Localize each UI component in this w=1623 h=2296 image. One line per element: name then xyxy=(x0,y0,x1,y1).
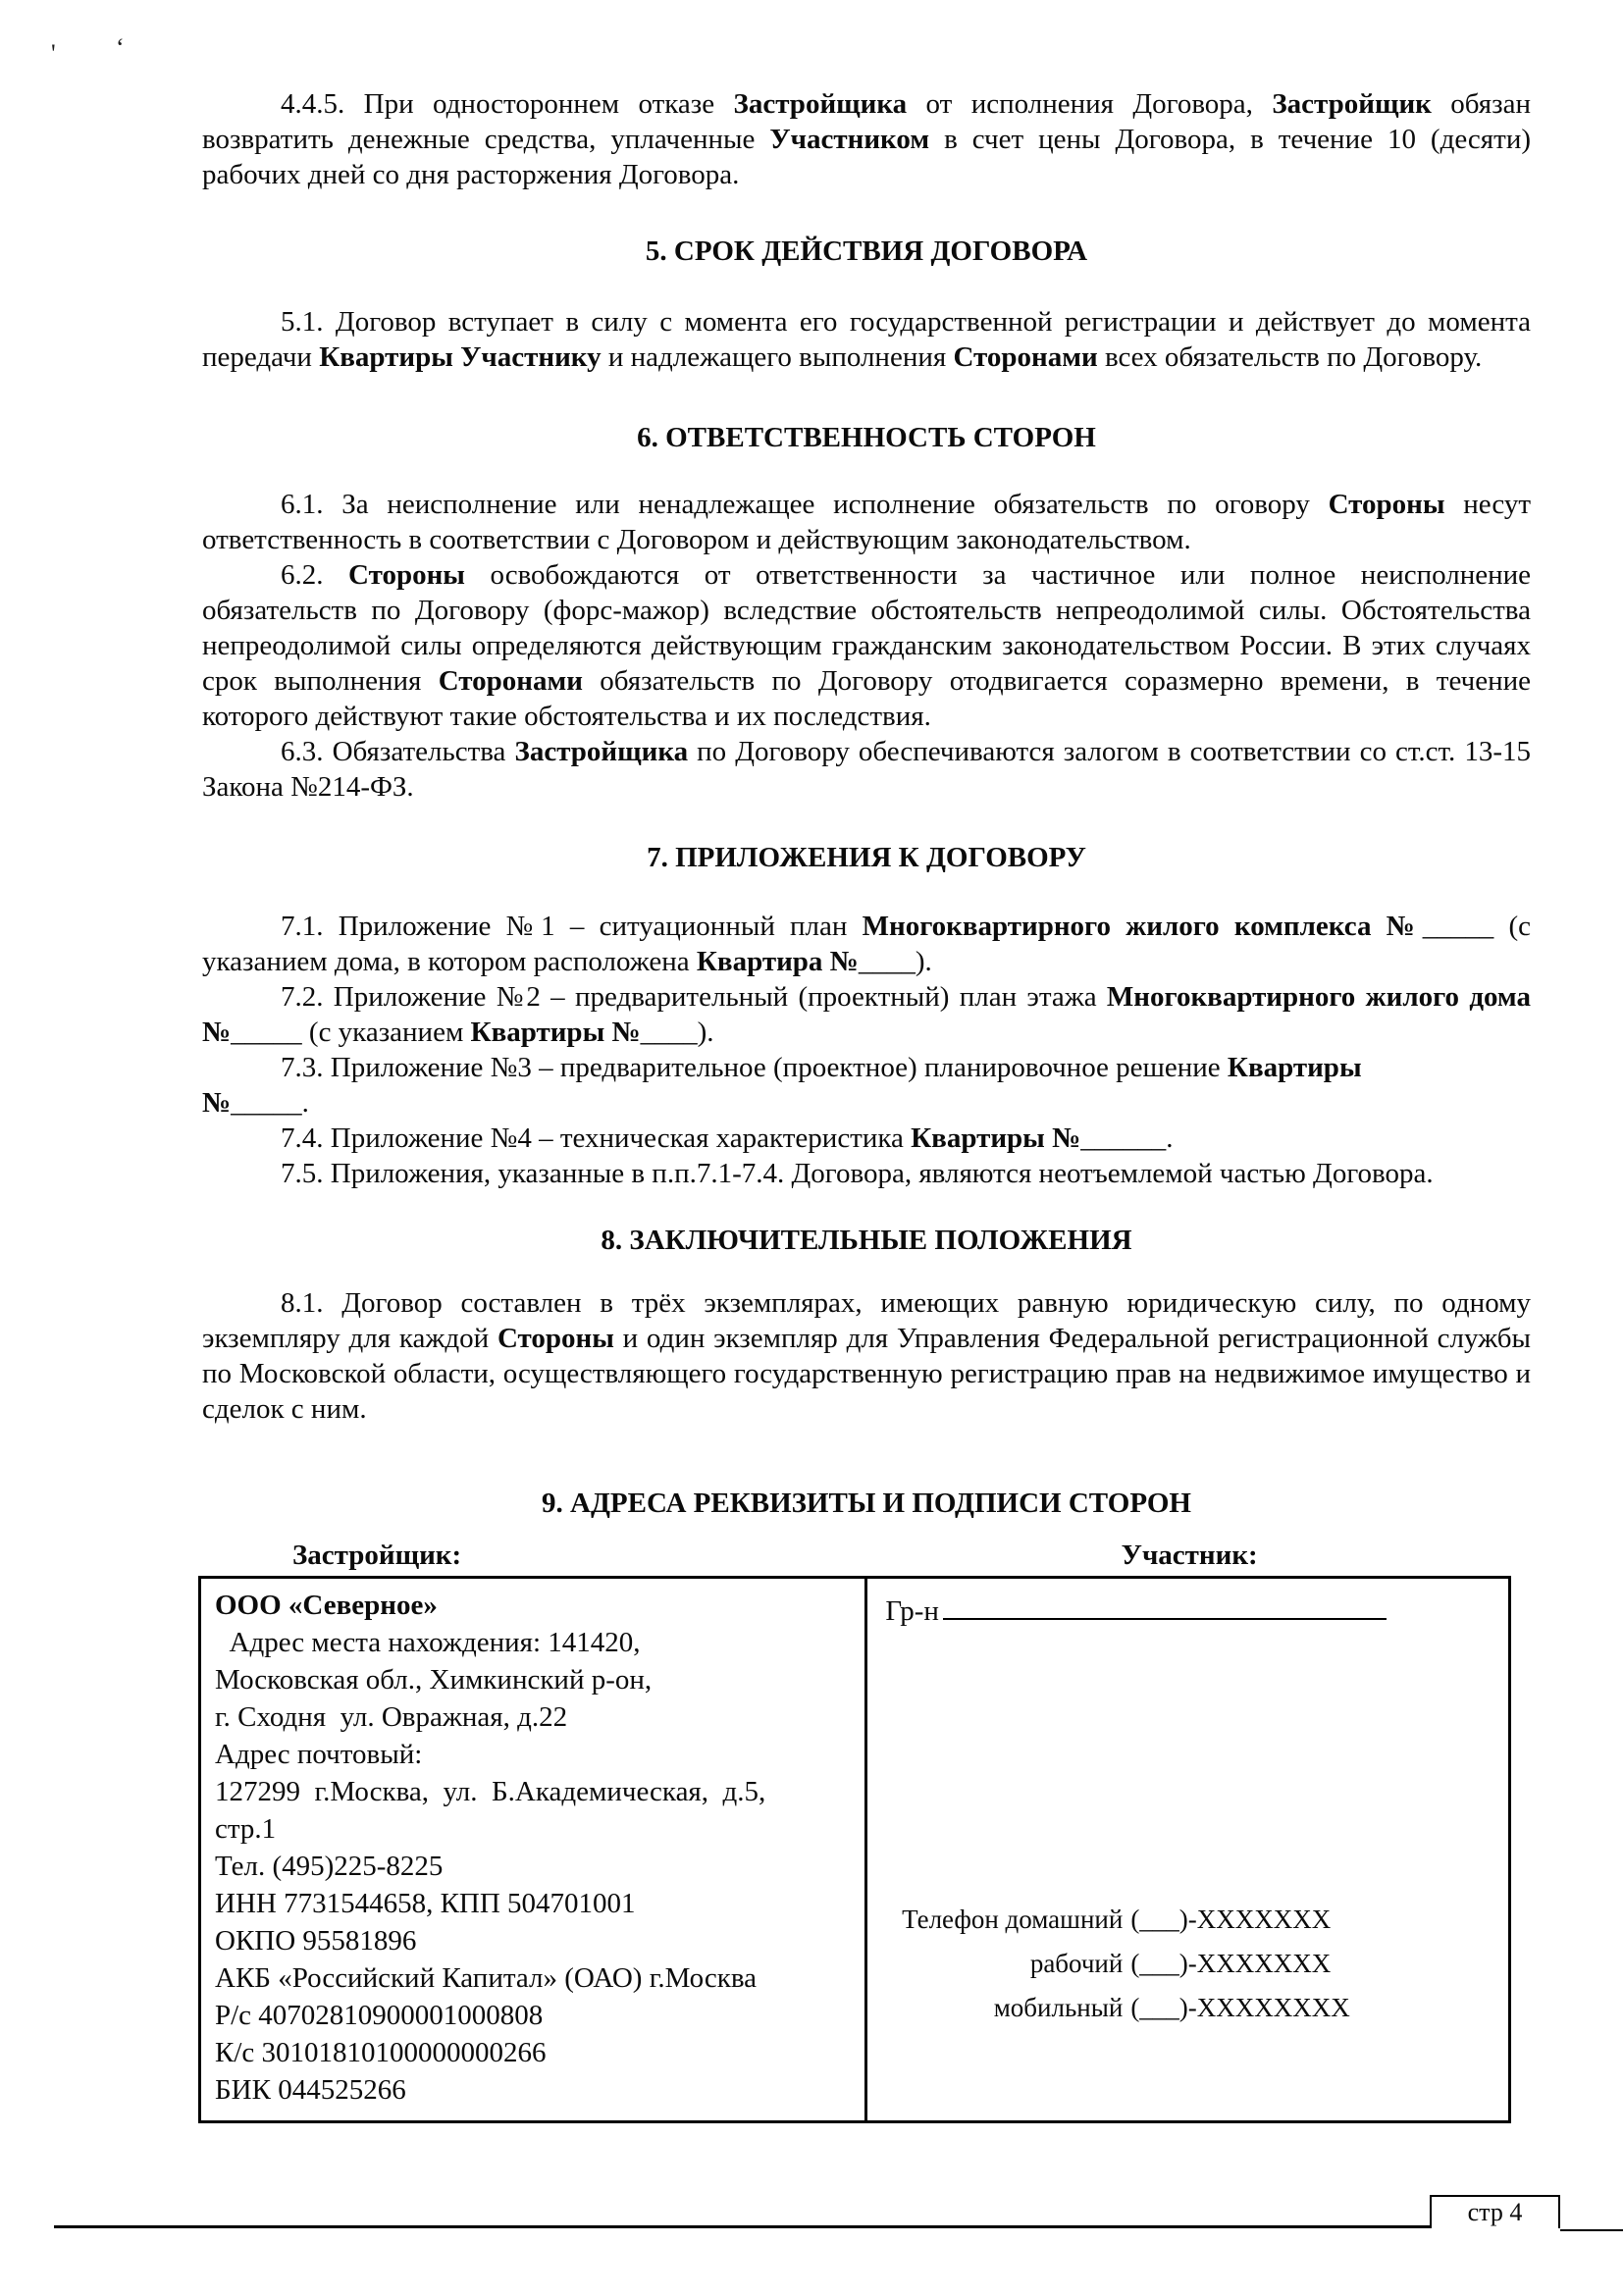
phone-label: мобильный xyxy=(885,1986,1123,2030)
participant-name-blank xyxy=(943,1587,1387,1620)
paragraph-7-5: 7.5. Приложения, указанные в п.п.7.1-7.4… xyxy=(202,1156,1531,1191)
paragraph-7-1: 7.1. Приложение №1 – ситуационный план М… xyxy=(202,909,1531,979)
paragraph-7-4: 7.4. Приложение №4 – техническая характе… xyxy=(202,1121,1531,1156)
detail-line: ООО «Северное» xyxy=(215,1587,855,1624)
paragraph-8-1: 8.1. Договор составлен в трёх экземпляра… xyxy=(202,1285,1531,1427)
paragraph-6-3: 6.3. Обязательства Застройщика по Догово… xyxy=(202,734,1531,805)
document-body: 4.4.5. При одностороннем отказе Застройщ… xyxy=(202,86,1531,2123)
detail-line: Тел. (495)225-8225 xyxy=(215,1848,855,1885)
heading-section-5: 5. СРОК ДЕЙСТВИЯ ДОГОВОРА xyxy=(202,234,1531,269)
participant-header: Участник: xyxy=(867,1539,1511,1572)
document-blocks: 4.4.5. При одностороннем отказе Застройщ… xyxy=(202,86,1531,1521)
parties-header-row: Застройщик: Участник: xyxy=(198,1539,1511,1572)
paragraph-7-2: 7.2. Приложение №2 – предварительный (пр… xyxy=(202,979,1531,1050)
phone-value: (___)-XXXXXXX xyxy=(1130,1949,1331,1978)
heading-section-7: 7. ПРИЛОЖЕНИЯ К ДОГОВОРУ xyxy=(202,840,1531,875)
heading-section-8: 8. ЗАКЛЮЧИТЕЛЬНЫЕ ПОЛОЖЕНИЯ xyxy=(202,1223,1531,1258)
paragraph-6-1: 6.1. За неисполнение или ненадлежащее ис… xyxy=(202,487,1531,557)
detail-line: АКБ «Российский Капитал» (ОАО) г.Москва xyxy=(215,1959,855,1997)
detail-line: стр.1 xyxy=(215,1810,855,1848)
participant-phones: Телефон домашний(___)-XXXXXXXрабочий(___… xyxy=(885,1898,1498,2030)
paragraph-4-4-5: 4.4.5. При одностороннем отказе Застройщ… xyxy=(202,86,1531,192)
participant-cell: Гр-н Телефон домашний(___)-XXXXXXXрабочи… xyxy=(867,1579,1508,2120)
detail-line: 127299 г.Москва, ул. Б.Академическая, д.… xyxy=(215,1773,855,1810)
paragraph-7-3: 7.3. Приложение №3 – предварительное (пр… xyxy=(202,1050,1531,1121)
participant-name-prefix: Гр-н xyxy=(885,1595,939,1627)
detail-line: ИНН 7731544658, КПП 504701001 xyxy=(215,1885,855,1922)
phone-value: (___)-XXXXXXXX xyxy=(1130,1993,1349,2022)
paragraph-6-2: 6.2. Стороны освобождаются от ответствен… xyxy=(202,557,1531,734)
participant-name-line: Гр-н xyxy=(885,1587,1498,1631)
parties-table: ООО «Северное» Адрес места нахождения: 1… xyxy=(198,1576,1511,2123)
developer-header: Застройщик: xyxy=(198,1539,867,1572)
heading-section-9: 9. АДРЕСА РЕКВИЗИТЫ И ПОДПИСИ СТОРОН xyxy=(202,1486,1531,1521)
phone-label: рабочий xyxy=(885,1942,1123,1986)
detail-line: БИК 044525266 xyxy=(215,2071,855,2109)
detail-line: Адрес почтовый: xyxy=(215,1736,855,1773)
phone-line: рабочий(___)-XXXXXXX xyxy=(885,1942,1498,1986)
detail-line: Московская обл., Химкинский р-он, xyxy=(215,1661,855,1698)
detail-line: К/с 30101810100000000266 xyxy=(215,2034,855,2071)
detail-line: Адрес места нахождения: 141420, xyxy=(215,1624,855,1661)
phone-line: мобильный(___)-XXXXXXXX xyxy=(885,1986,1498,2030)
phone-label: Телефон домашний xyxy=(885,1898,1123,1942)
scan-artifact-mark: ‘ xyxy=(116,33,125,63)
heading-section-6: 6. ОТВЕТСТВЕННОСТЬ СТОРОН xyxy=(202,420,1531,455)
phone-value: (___)-XXXXXXX xyxy=(1130,1905,1331,1934)
detail-line: г. Сходня ул. Овражная, д.22 xyxy=(215,1698,855,1736)
page-number-label: стр 4 xyxy=(1468,2198,1523,2226)
detail-line: ОКПО 95581896 xyxy=(215,1922,855,1959)
detail-line: Р/с 40702810900001000808 xyxy=(215,1997,855,2034)
paragraph-5-1: 5.1. Договор вступает в силу с момента е… xyxy=(202,304,1531,375)
footer-rule-right xyxy=(1560,2229,1623,2231)
contract-page: ' ‘ 4.4.5. При одностороннем отказе Заст… xyxy=(0,0,1623,2296)
scan-artifact-mark: ' xyxy=(51,39,56,69)
phone-line: Телефон домашний(___)-XXXXXXX xyxy=(885,1898,1498,1942)
footer-rule xyxy=(54,2225,1430,2228)
developer-details-cell: ООО «Северное» Адрес места нахождения: 1… xyxy=(201,1579,867,2120)
page-number-tab: стр 4 xyxy=(1430,2195,1560,2228)
